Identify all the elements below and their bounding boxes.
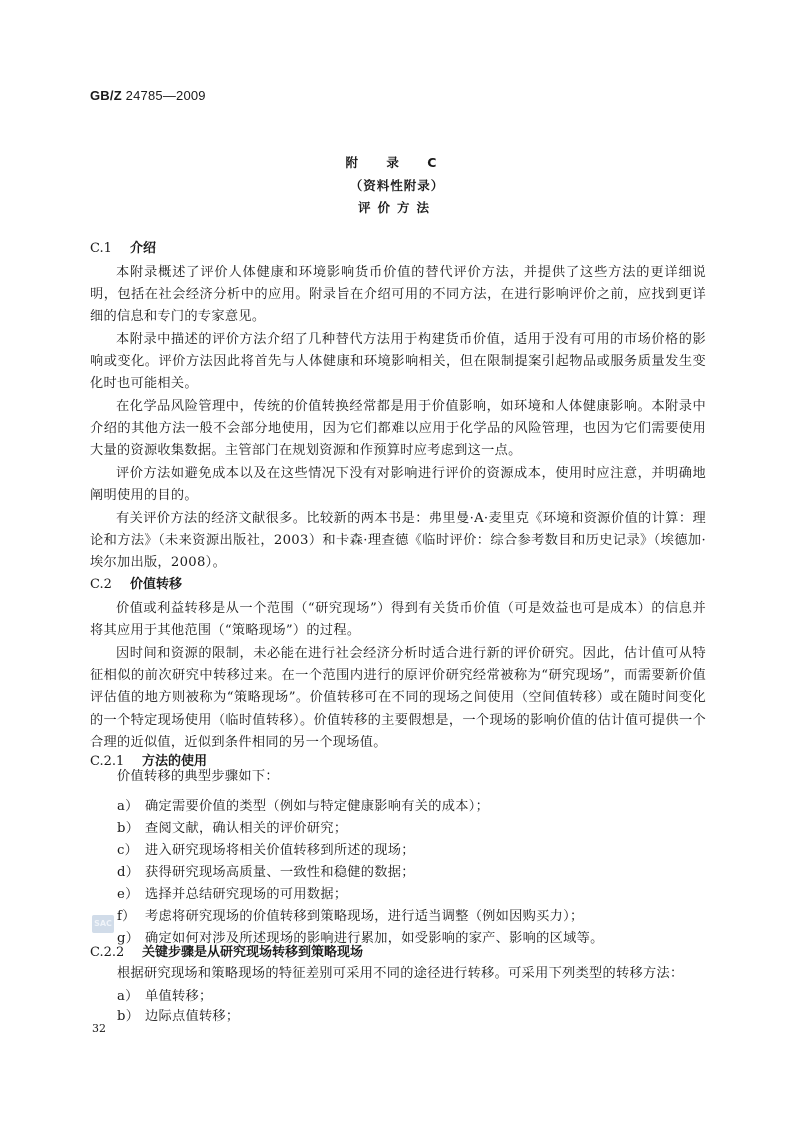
list-text: 获得研究现场高质量、一致性和稳健的数据； bbox=[145, 865, 415, 880]
paragraph: 本附录概述了评价人体健康和环境影响货币价值的替代评价方法，并提供了这些方法的更详… bbox=[90, 262, 706, 329]
section-heading-c1: C.1介绍 bbox=[90, 237, 156, 256]
list-text: 单值转移； bbox=[145, 989, 212, 1004]
list-text: 确定需要价值的类型（例如与特定健康影响有关的成本）； bbox=[145, 799, 489, 814]
list-item: d）获得研究现场高质量、一致性和稳健的数据； bbox=[117, 861, 415, 880]
list-text: 进入研究现场将相关价值转移到所述的现场； bbox=[145, 843, 415, 858]
list-intro: 价值转移的典型步骤如下： bbox=[117, 766, 279, 788]
section-heading-c2: C.2价值转移 bbox=[90, 573, 182, 592]
section-title: 介绍 bbox=[130, 241, 156, 256]
list-item: e）选择并总结研究现场的可用数据； bbox=[117, 883, 347, 902]
standard-code: 24785—2009 bbox=[126, 88, 206, 103]
paragraph: 评价方法如避免成本以及在这些情况下没有对影响进行评价的资源成本，使用时应注意，并… bbox=[90, 463, 706, 507]
appendix-type: （资料性附录） bbox=[0, 176, 794, 194]
paragraph: 价值或利益转移是从一个范围（“研究现场”）得到有关货币价值（可是效益也可是成本）… bbox=[90, 598, 706, 642]
list-item: b）边际点值转移； bbox=[117, 1005, 239, 1024]
standard-prefix: GB/Z bbox=[90, 88, 122, 103]
appendix-label: 附 录 C bbox=[0, 153, 794, 171]
section-title: 价值转移 bbox=[130, 577, 182, 592]
list-label: c） bbox=[117, 839, 145, 858]
list-text: 选择并总结研究现场的可用数据； bbox=[145, 887, 347, 902]
list-text: 边际点值转移； bbox=[145, 1009, 239, 1024]
standard-number-header: GB/Z 24785—2009 bbox=[90, 88, 206, 103]
list-text: 考虑将研究现场的价值转移到策略现场，进行适当调整（例如因购买力）； bbox=[145, 909, 583, 924]
paragraph: 有关评价方法的经济文献很多。比较新的两本书是：弗里曼·A·麦里克《环境和资源价值… bbox=[90, 508, 706, 575]
list-label: a） bbox=[117, 795, 145, 814]
list-item: a）单值转移； bbox=[117, 985, 212, 1004]
page-number: 32 bbox=[92, 1022, 106, 1035]
appendix-title: 评价方法 bbox=[0, 198, 794, 216]
list-label: b） bbox=[117, 1005, 145, 1024]
section-title: 关键步骤是从研究现场转移到策略现场 bbox=[142, 945, 363, 960]
paragraph: 本附录中描述的评价方法介绍了几种替代方法用于构建货币价值，适用于没有可用的市场价… bbox=[90, 329, 706, 396]
list-item: a）确定需要价值的类型（例如与特定健康影响有关的成本）； bbox=[117, 795, 489, 814]
paragraph: 因时间和资源的限制，未必能在进行社会经济分析时适合进行新的评价研究。因此，估计值… bbox=[90, 643, 706, 754]
section-number: C.2 bbox=[90, 577, 130, 592]
list-label: d） bbox=[117, 861, 145, 880]
paragraph: 在化学品风险管理中，传统的价值转换经常都是用于价值影响，如环境和人体健康影响。本… bbox=[90, 396, 706, 463]
list-label: b） bbox=[117, 817, 145, 836]
list-label: f） bbox=[117, 905, 145, 924]
list-label: a） bbox=[117, 985, 145, 1004]
section-number: C.1 bbox=[90, 241, 130, 256]
list-item: b）查阅文献，确认相关的评价研究； bbox=[117, 817, 347, 836]
list-item: f）考虑将研究现场的价值转移到策略现场，进行适当调整（例如因购买力）； bbox=[117, 905, 583, 924]
list-intro: 根据研究现场和策略现场的特征差别可采用不同的途径进行转移。可采用下列类型的转移方… bbox=[117, 962, 683, 981]
list-label: e） bbox=[117, 883, 145, 902]
watermark-logo-icon: SAC bbox=[92, 915, 114, 933]
section-heading-c2-2: C.2.2关键步骤是从研究现场转移到策略现场 bbox=[90, 941, 363, 960]
section-number: C.2.2 bbox=[90, 945, 142, 960]
list-item: c）进入研究现场将相关价值转移到所述的现场； bbox=[117, 839, 415, 858]
list-text: 查阅文献，确认相关的评价研究； bbox=[145, 821, 347, 836]
